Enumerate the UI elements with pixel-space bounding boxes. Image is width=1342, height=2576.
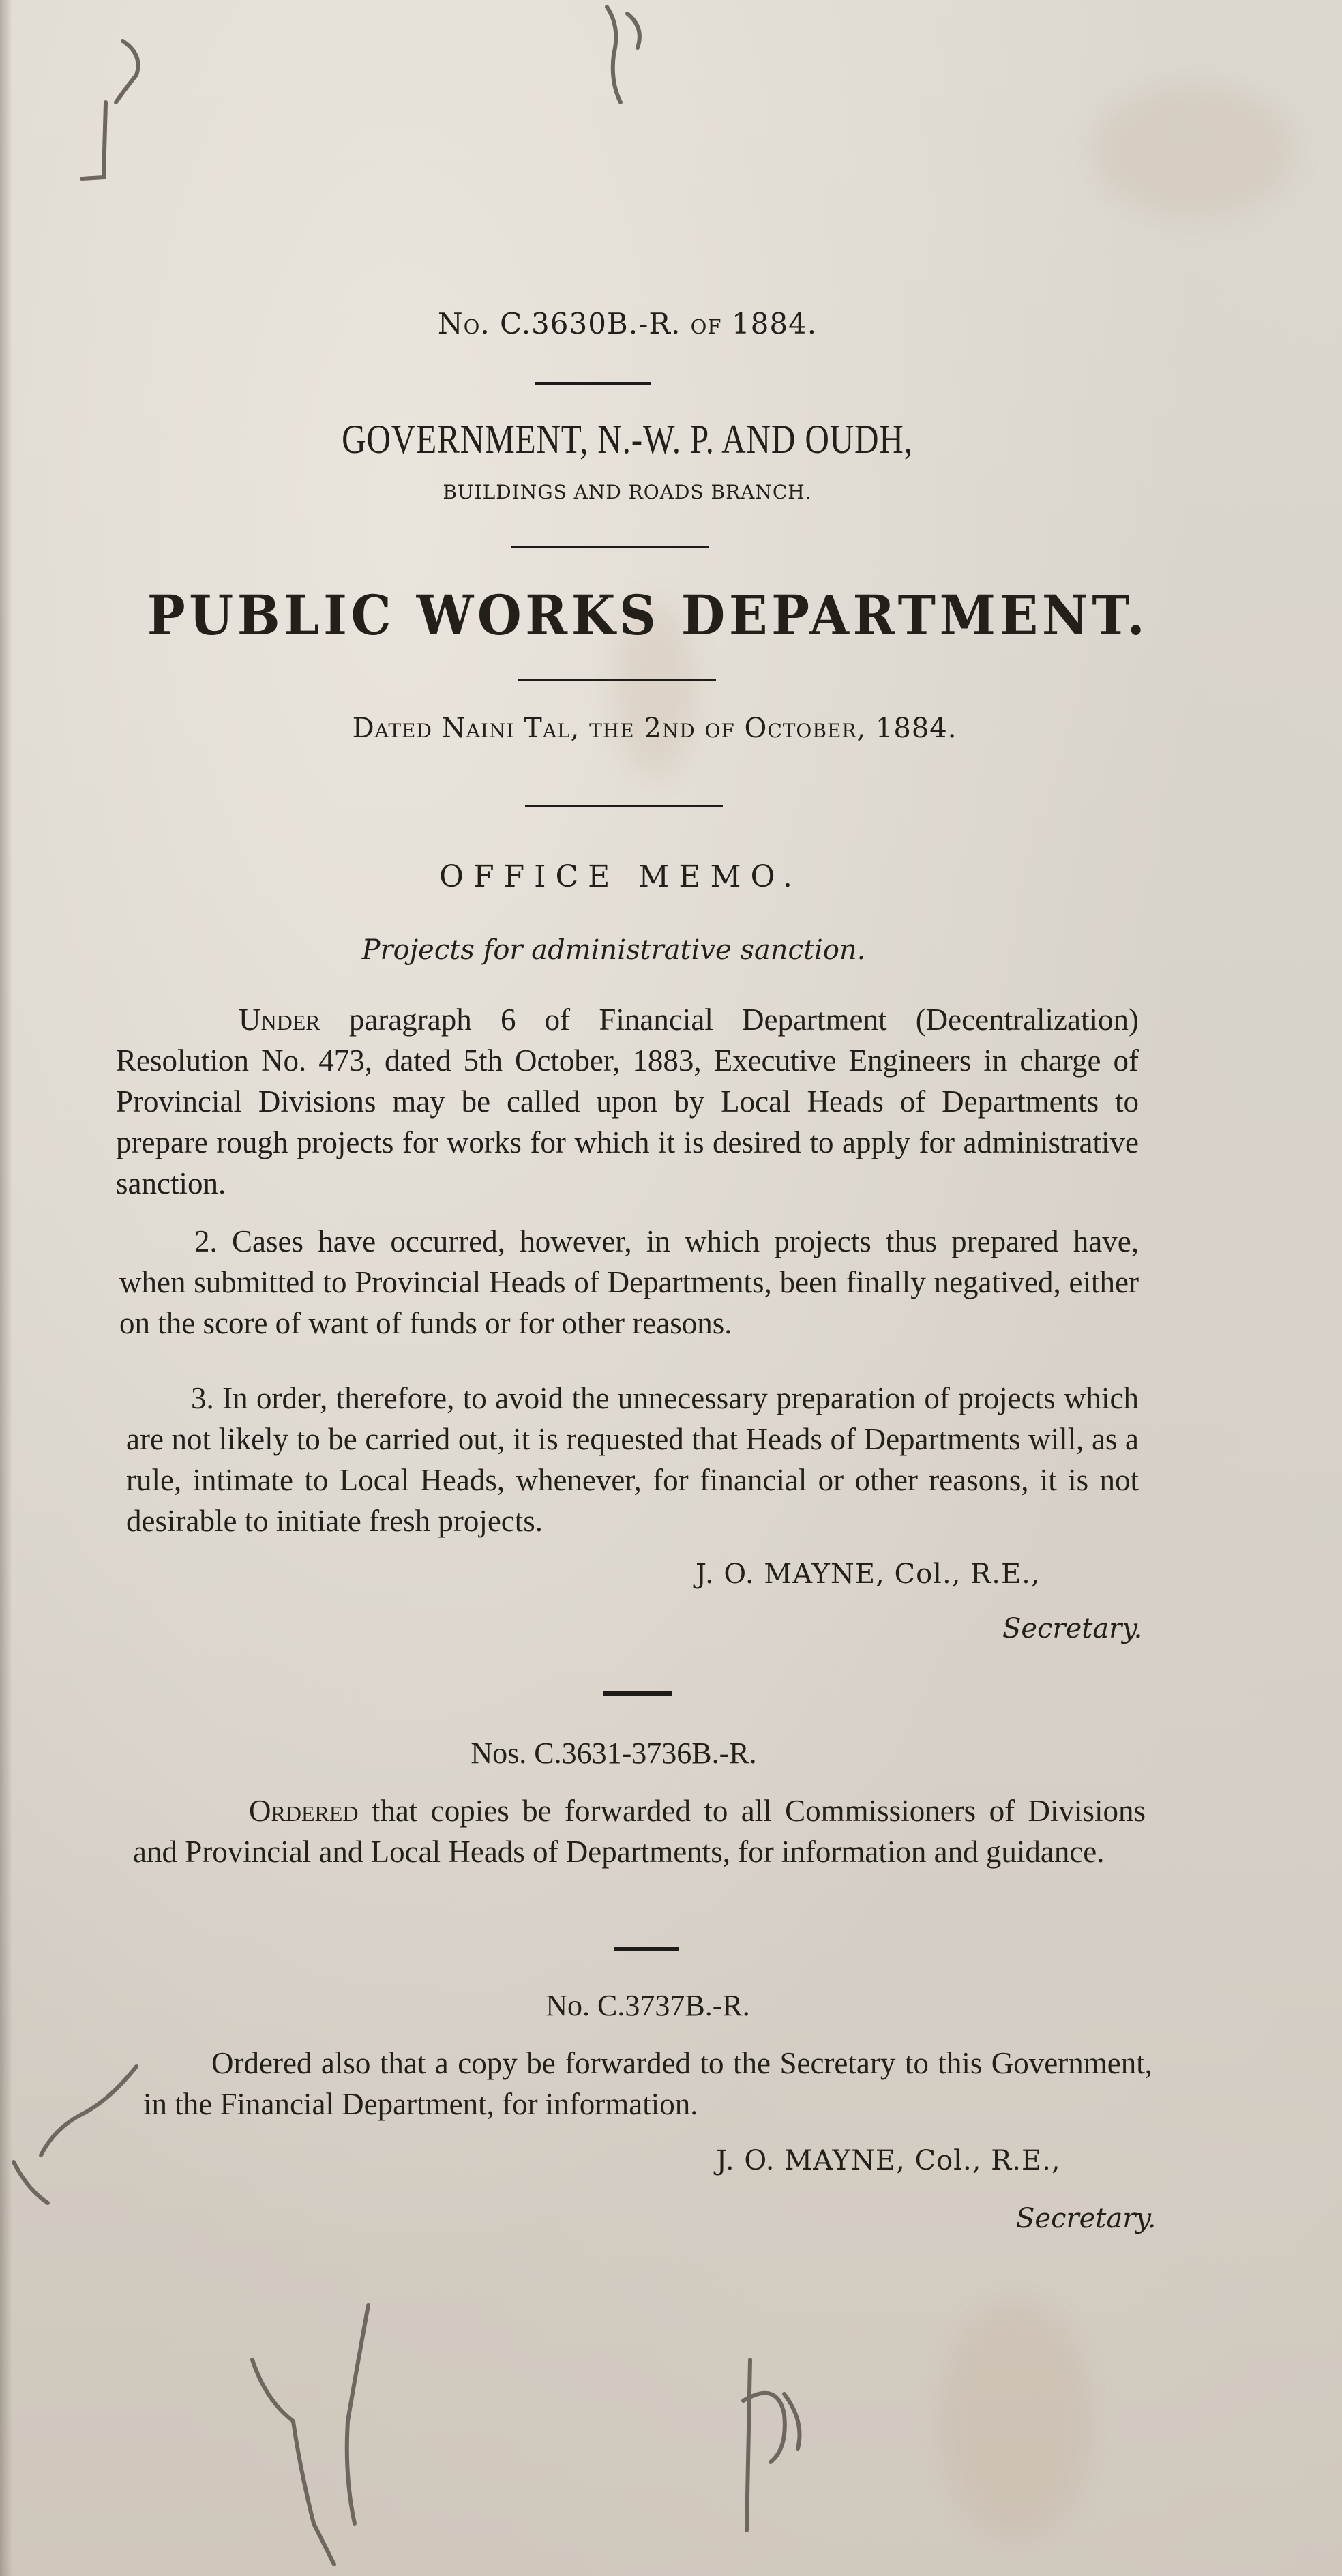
paragraph-text: Under paragraph 6 of Financial Departmen… xyxy=(116,999,1139,1204)
divider xyxy=(511,546,709,548)
pencil-mark-icon xyxy=(580,0,661,116)
paper-stain xyxy=(1091,82,1296,218)
paragraph-body: In order, therefore, to avoid the unnece… xyxy=(126,1381,1139,1538)
divider xyxy=(525,805,723,807)
paper-stain xyxy=(941,2305,1091,2537)
government-heading: GOVERNMENT, N.-W. P. AND OUDH, xyxy=(109,416,1146,463)
endorsement-lead: Ordered xyxy=(249,1794,359,1828)
paragraph-1: Under paragraph 6 of Financial Departmen… xyxy=(116,999,1139,1204)
pencil-mark-icon xyxy=(41,27,150,205)
document-number-text: No. C.3630B.-R. of 1884. xyxy=(438,307,817,340)
divider xyxy=(518,679,716,681)
pencil-mark-icon xyxy=(723,2353,846,2544)
dated-line: Dated Naini Tal, the 2nd of October, 188… xyxy=(177,713,1132,744)
signature-name: J. O. MAYNE, Col., R.E., xyxy=(696,1558,1041,1590)
paragraph-text: 2. Cases have occurred, however, in whic… xyxy=(119,1221,1139,1344)
department-heading: PUBLIC WORKS DEPARTMENT. xyxy=(68,583,1227,647)
paragraph-number: 2. xyxy=(194,1224,218,1258)
government-title: GOVERNMENT, N.-W. P. AND OUDH, xyxy=(203,416,1052,463)
endorsement-reference: No. C.3737B.-R. xyxy=(307,1988,989,2023)
endorsement-reference: Nos. C.3631-3736B.-R. xyxy=(273,1736,955,1771)
document-number: No. C.3630B.-R. of 1884. xyxy=(109,307,1146,340)
pencil-mark-icon xyxy=(232,2298,409,2571)
endorsement-text: Ordered also that a copy be forwarded to… xyxy=(143,2043,1152,2125)
endorsement-2: Ordered also that a copy be forwarded to… xyxy=(143,2043,1152,2125)
signature-title: Secretary. xyxy=(1016,2203,1156,2234)
document-page: No. C.3630B.-R. of 1884. GOVERNMENT, N.-… xyxy=(0,0,1342,2576)
memo-subject: Projects for administrative sanction. xyxy=(136,934,1091,966)
divider xyxy=(535,382,651,385)
endorsement-1: Ordered that copies be forwarded to all … xyxy=(133,1790,1146,1872)
pencil-mark-icon xyxy=(0,2060,150,2210)
paragraph-lead: Under xyxy=(239,1003,320,1037)
paragraph-2: 2. Cases have occurred, however, in whic… xyxy=(119,1221,1139,1344)
endorsement-text: Ordered that copies be forwarded to all … xyxy=(133,1790,1146,1872)
signature-title: Secretary. xyxy=(1002,1613,1142,1644)
memo-title: OFFICE MEMO. xyxy=(164,859,1077,894)
paragraph-text: 3. In order, therefore, to avoid the unn… xyxy=(126,1378,1139,1541)
divider xyxy=(614,1947,679,1951)
signature-name: J. O. MAYNE, Col., R.E., xyxy=(716,2145,1061,2176)
paragraph-body: Cases have occurred, however, in which p… xyxy=(119,1224,1139,1340)
paragraph-number: 3. xyxy=(191,1381,214,1415)
divider xyxy=(603,1691,672,1696)
endorsement-body: Ordered also that a copy be forwarded to… xyxy=(143,2046,1152,2121)
department-title: PUBLIC WORKS DEPARTMENT. xyxy=(109,583,1187,647)
branch-heading: BUILDINGS AND ROADS BRANCH. xyxy=(109,481,1146,503)
paragraph-3: 3. In order, therefore, to avoid the unn… xyxy=(126,1378,1139,1541)
